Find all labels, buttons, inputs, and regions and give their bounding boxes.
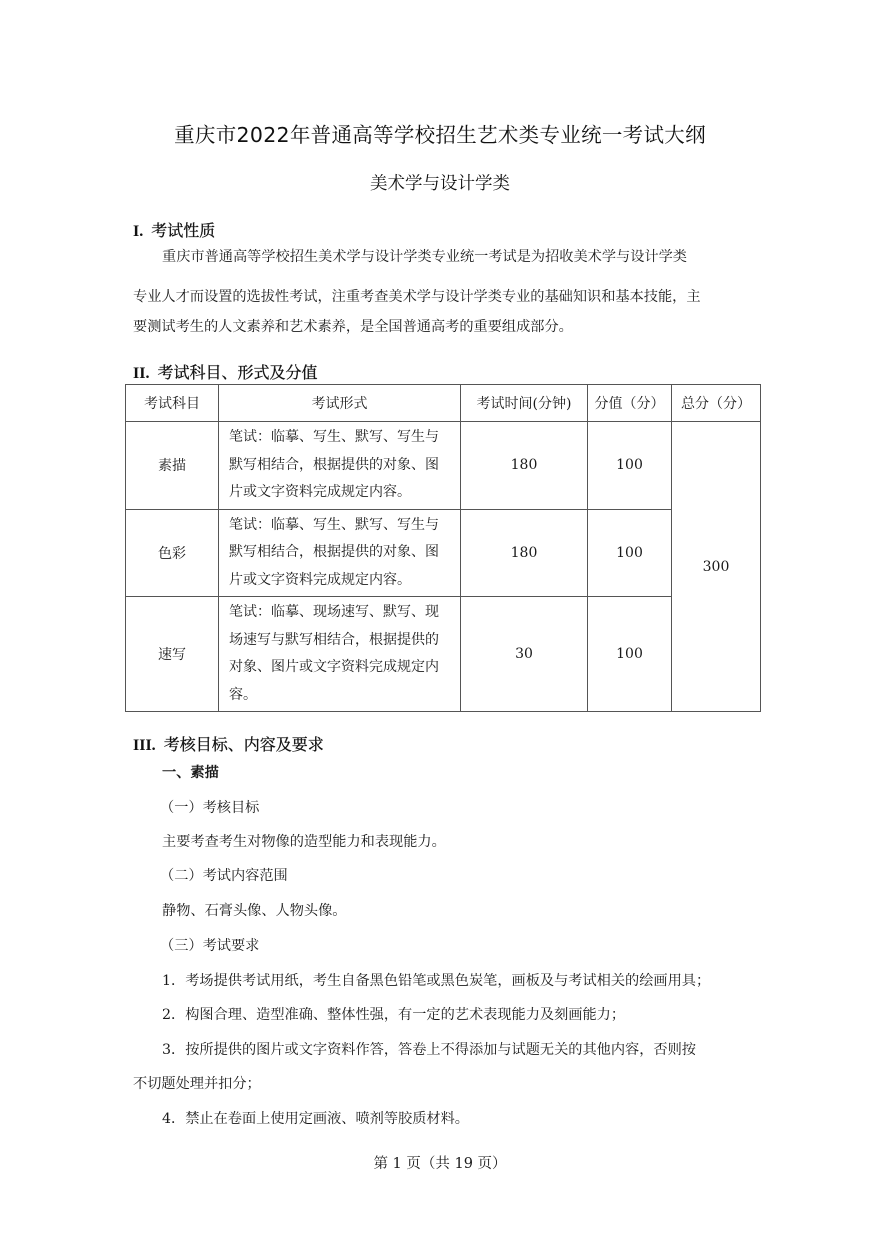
header-score: 分值（分） [588,385,672,422]
form-line: 笔试：临摹、现场速写、默写、现 [229,599,454,627]
cell-subject: 速写 [126,597,219,712]
requirement-item: 4．禁止在卷面上使用定画液、喷剂等胶质材料。 [162,1103,469,1136]
cell-score: 100 [588,509,672,597]
table-row: 速写 笔试：临摹、现场速写、默写、现 场速写与默写相结合，根据提供的 对象、图片… [126,597,761,712]
cell-time: 180 [461,422,588,510]
requirement-item-continued: 不切题处理并扣分； [133,1068,261,1101]
form-line: 片或文字资料完成规定内容。 [229,479,454,507]
page-number: 第 1 页（共 19 页） [0,1152,880,1173]
cell-time: 180 [461,509,588,597]
section-number: I. [133,223,143,240]
cell-time: 30 [461,597,588,712]
form-line: 笔试：临摹、写生、默写、写生与 [229,424,454,452]
goal-heading: （一）考核目标 [160,792,259,825]
header-form: 考试形式 [219,385,461,422]
form-line: 片或文字资料完成规定内容。 [229,567,454,595]
section-title: 考试科目、形式及分值 [157,363,317,382]
goal-text: 主要考查考生对物像的造型能力和表现能力。 [162,826,446,859]
document-subtitle: 美术学与设计学类 [0,170,880,195]
section-3-heading: III.考核目标、内容及要求 [133,732,324,755]
paragraph-line: 重庆市普通高等学校招生美术学与设计学类专业统一考试是为招收美术学与设计学类 [162,241,687,274]
section-1-heading: I.考试性质 [133,218,215,241]
form-line: 容。 [229,682,454,710]
form-line: 默写相结合，根据提供的对象、图 [229,452,454,480]
section-number: II. [133,365,149,382]
requirements-heading: （三）考试要求 [160,930,259,963]
table-header-row: 考试科目 考试形式 考试时间(分钟) 分值（分） 总分（分） [126,385,761,422]
requirement-item: 2．构图合理、造型准确、整体性强，有一定的艺术表现能力及刻画能力； [162,999,625,1032]
section-title: 考试性质 [151,221,215,240]
cell-subject: 素描 [126,422,219,510]
table-row: 色彩 笔试：临摹、写生、默写、写生与 默写相结合，根据提供的对象、图 片或文字资… [126,509,761,597]
header-subject: 考试科目 [126,385,219,422]
table-row: 素描 笔试：临摹、写生、默写、写生与 默写相结合，根据提供的对象、图 片或文字资… [126,422,761,510]
form-line: 默写相结合，根据提供的对象、图 [229,539,454,567]
subsection-heading: 一、素描 [162,757,219,790]
header-time: 考试时间(分钟) [461,385,588,422]
section-title: 考核目标、内容及要求 [164,735,324,754]
cell-score: 100 [588,597,672,712]
cell-subject: 色彩 [126,509,219,597]
form-line: 对象、图片或文字资料完成规定内 [229,654,454,682]
header-total: 总分（分） [672,385,761,422]
cell-form: 笔试：临摹、写生、默写、写生与 默写相结合，根据提供的对象、图 片或文字资料完成… [219,509,461,597]
paragraph-line: 专业人才而设置的选拔性考试，注重考查美术学与设计学类专业的基础知识和基本技能，主 [133,281,701,314]
cell-score: 100 [588,422,672,510]
paragraph-line: 要测试考生的人文素养和艺术素养，是全国普通高考的重要组成部分。 [133,311,573,344]
section-number: III. [133,737,156,754]
cell-form: 笔试：临摹、写生、默写、写生与 默写相结合，根据提供的对象、图 片或文字资料完成… [219,422,461,510]
cell-form: 笔试：临摹、现场速写、默写、现 场速写与默写相结合，根据提供的 对象、图片或文字… [219,597,461,712]
exam-subjects-table: 考试科目 考试形式 考试时间(分钟) 分值（分） 总分（分） 素描 笔试：临摹、… [125,384,761,712]
requirement-item: 3．按所提供的图片或文字资料作答，答卷上不得添加与试题无关的其他内容，否则按 [162,1034,696,1067]
scope-text: 静物、石膏头像、人物头像。 [162,895,346,928]
form-line: 场速写与默写相结合，根据提供的 [229,627,454,655]
cell-total: 300 [672,422,761,712]
document-title: 重庆市2022年普通高等学校招生艺术类专业统一考试大纲 [0,118,880,148]
requirement-item: 1．考场提供考试用纸，考生自备黑色铅笔或黑色炭笔，画板及与考试相关的绘画用具； [162,965,710,998]
scope-heading: （二）考试内容范围 [160,860,288,893]
section-2-heading: II.考试科目、形式及分值 [133,360,317,383]
form-line: 笔试：临摹、写生、默写、写生与 [229,512,454,540]
